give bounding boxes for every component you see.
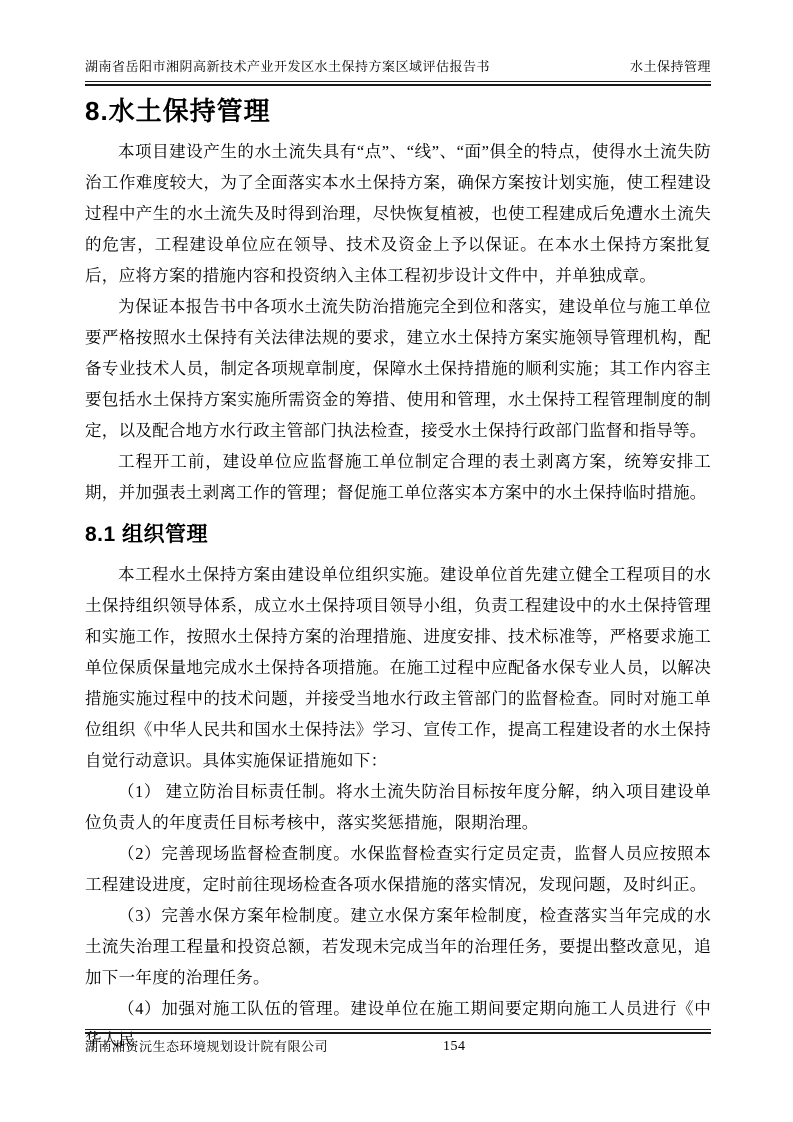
paragraph: 为保证本报告书中各项水土流失防治措施完全到位和落实，建设单位与施工单位要严格按照… <box>85 291 711 446</box>
document-page: 湖南省岳阳市湘阴高新技术产业开发区水土保持方案区域评估报告书 水土保持管理 8.… <box>0 0 793 1122</box>
footer-company-name: 湖南湘资沅生态环境规划设计院有限公司 <box>85 1039 328 1054</box>
chapter-heading: 8.水土保持管理 <box>85 95 711 127</box>
header-report-title: 湖南省岳阳市湘阴高新技术产业开发区水土保持方案区域评估报告书 <box>85 58 490 76</box>
header-rule <box>85 81 711 86</box>
page-footer: 湖南湘资沅生态环境规划设计院有限公司 154 <box>85 1029 711 1056</box>
page-number: 154 <box>443 1038 466 1056</box>
section-heading: 8.1 组织管理 <box>85 521 711 548</box>
section-2-body: 本工程水土保持方案由建设单位组织实施。建设单位首先建立健全工程项目的水土保持组织… <box>85 559 711 1055</box>
paragraph: 工程开工前，建设单位应监督施工单位制定合理的表土剥离方案，统筹安排工期，并加强表… <box>85 446 711 508</box>
header-chapter-label: 水土保持管理 <box>630 58 711 76</box>
paragraph: （3）完善水保方案年检制度。建立水保方案年检制度，检查落实当年完成的水土流失治理… <box>85 900 711 993</box>
page-header: 湖南省岳阳市湘阴高新技术产业开发区水土保持方案区域评估报告书 水土保持管理 <box>85 58 711 86</box>
paragraph: （1） 建立防治目标责任制。将水土流失防治目标按年度分解，纳入项目建设单位负责人… <box>85 776 711 838</box>
footer-rule <box>85 1029 711 1034</box>
paragraph: 本工程水土保持方案由建设单位组织实施。建设单位首先建立健全工程项目的水土保持组织… <box>85 559 711 776</box>
section-1-body: 本项目建设产生的水土流失具有“点”、“线”、“面”俱全的特点，使得水土流失防治工… <box>85 136 711 508</box>
page-content: 湖南省岳阳市湘阴高新技术产业开发区水土保持方案区域评估报告书 水土保持管理 8.… <box>85 58 711 1055</box>
paragraph: 本项目建设产生的水土流失具有“点”、“线”、“面”俱全的特点，使得水土流失防治工… <box>85 136 711 291</box>
paragraph: （2）完善现场监督检查制度。水保监督检查实行定员定责，监督人员应按照本工程建设进… <box>85 838 711 900</box>
